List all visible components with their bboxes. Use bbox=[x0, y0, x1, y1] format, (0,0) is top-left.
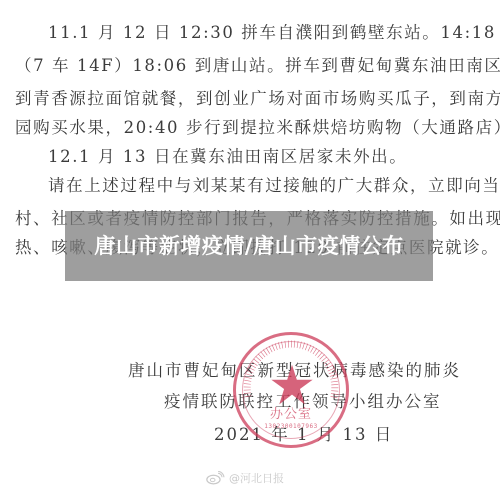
doc-line: 11.1 月 12 日 12:30 拼车自濮阳到鹤壁东站。14:18 乘 G12… bbox=[48, 22, 491, 44]
weibo-icon bbox=[205, 471, 225, 485]
title-banner[interactable]: 唐山市新增疫情/唐山市疫情公布 bbox=[65, 211, 433, 281]
doc-line: 12.1 月 13 日在冀东油田南区居家未外出。 bbox=[48, 146, 491, 168]
issue-date: 2021 年 1 月 13 日 bbox=[214, 424, 393, 446]
article-title[interactable]: 唐山市新增疫情/唐山市疫情公布 bbox=[94, 234, 403, 259]
issuer-line-2: 疫情联防联控工作领导小组办公室 bbox=[164, 391, 442, 413]
source-watermark: @河北日报 bbox=[205, 470, 284, 486]
watermark-text: @河北日报 bbox=[229, 470, 284, 486]
doc-line: 请在上述过程中与刘某某有过接触的广大群众，立即向当地 bbox=[48, 175, 491, 197]
doc-line: 园购买水果，20:40 步行到提拉米酥烘焙坊购物（大通路店）。 bbox=[15, 117, 491, 139]
issuer-line-1: 唐山市曹妃甸区新型冠状病毒感染的肺炎 bbox=[128, 360, 461, 382]
doc-line: 到青香源拉面馆就餐，到创业广场对面市场购买瓜子，到南方果 bbox=[15, 88, 491, 110]
doc-line: （7 车 14F）18:06 到唐山站。拼车到曹妃甸冀东油田南区。20:00 bbox=[15, 55, 491, 77]
